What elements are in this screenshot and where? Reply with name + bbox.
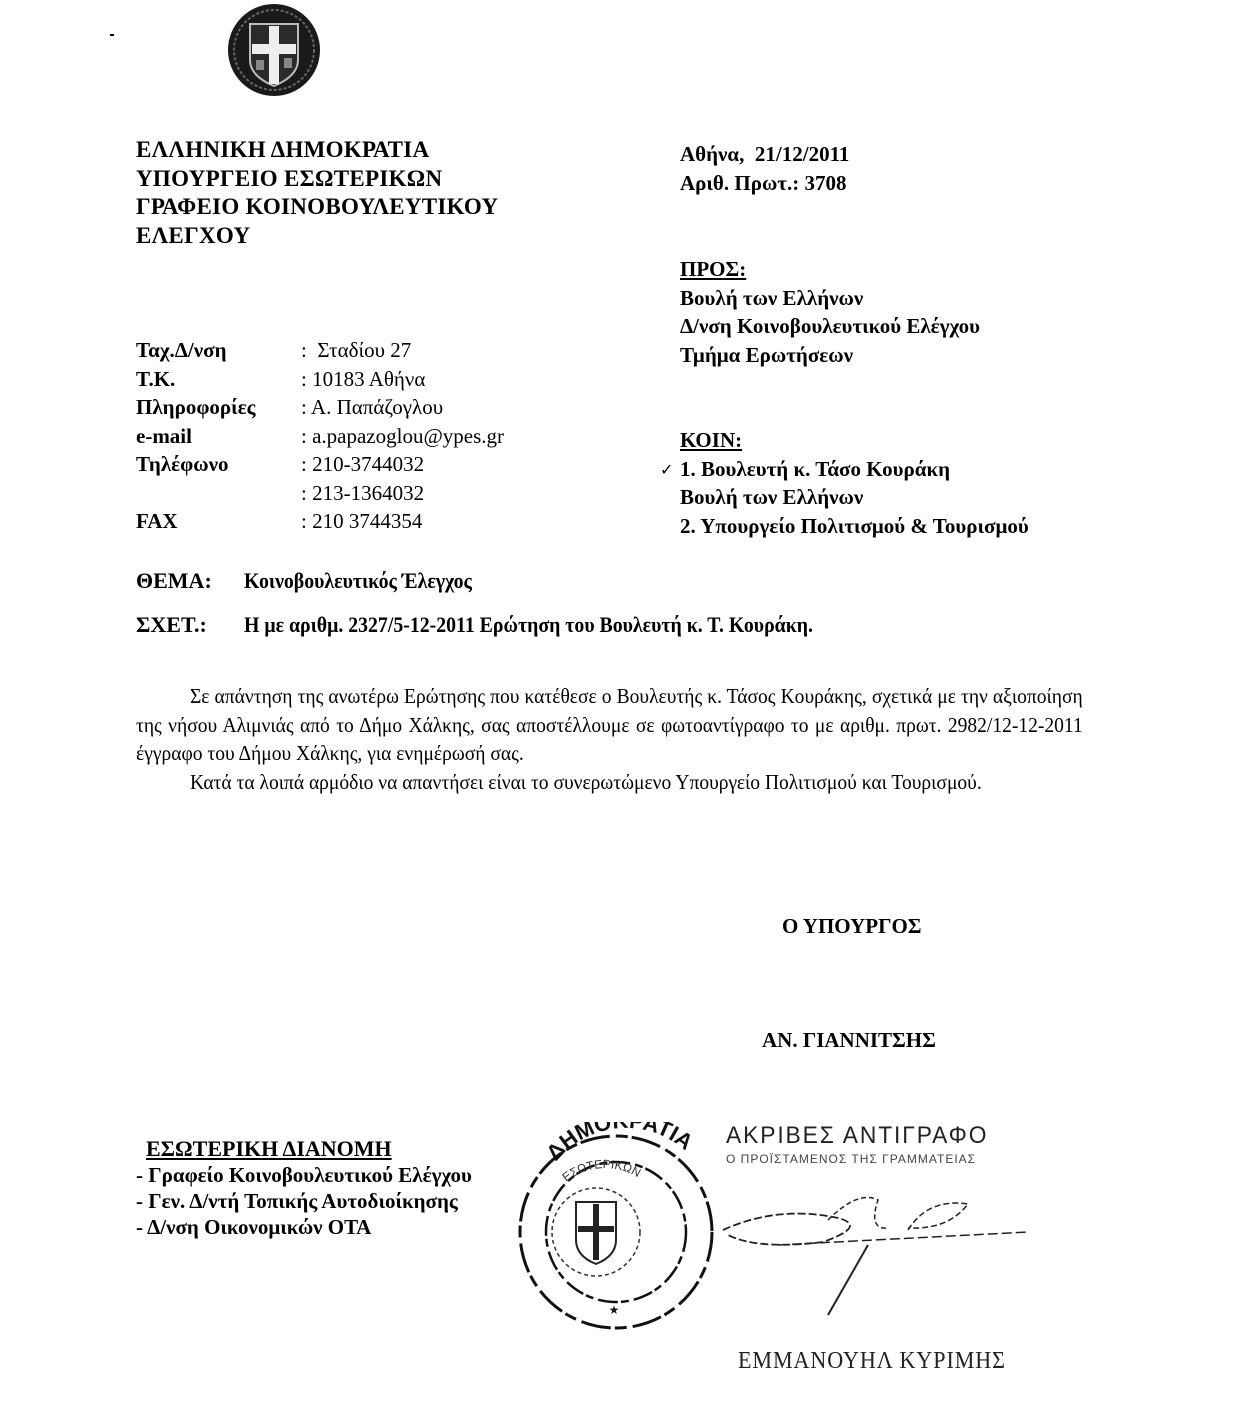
contact-label: Ταχ.Δ/νση: [136, 336, 301, 365]
svg-text:ΕΣΩΤΕΡΙΚΩΝ: ΕΣΩΤΕΡΙΚΩΝ: [560, 1157, 644, 1184]
subject-theme: ΘΕΜΑ: Κοινοβουλευτικός Έλεγχος: [136, 568, 497, 594]
internal-distribution: ΕΣΩΤΕΡΙΚΗ ΔΙΑΝΟΜΗ - Γραφείο Κοινοβουλευτ…: [136, 1136, 472, 1240]
contact-row-phone: Τηλέφωνο : 210-3744032: [136, 450, 504, 479]
contact-label: Τ.Κ.: [136, 365, 301, 394]
contact-row-phone-2: : 213-1364032: [136, 479, 504, 508]
greek-coat-of-arms-emblem: [226, 2, 322, 98]
distribution-title: ΕΣΩΤΕΡΙΚΗ ΔΙΑΝΟΜΗ: [136, 1136, 472, 1162]
stamp-signer-name: ΕΜΜΑΝΟΥΗΛ ΚΥΡΙΜΗΣ: [738, 1348, 1006, 1375]
to-line: Τμήμα Ερωτήσεων: [680, 341, 980, 370]
contact-label: FAX: [136, 507, 301, 536]
contact-email-link[interactable]: : a.papazoglou@ypes.gr: [301, 422, 504, 451]
distribution-item: - Γεν. Δ/ντή Τοπικής Αυτοδιοίκησης: [136, 1188, 472, 1214]
contact-label: [136, 479, 301, 508]
contact-value: : 213-1364032: [301, 479, 424, 508]
subject-reference: ΣΧΕΤ.: Η με αριθμ. 2327/5-12-2011 Ερώτησ…: [136, 612, 876, 638]
stamp-title: ΑΚΡΙΒΕΣ ΑΝΤΙΓΡΑΦΟ: [726, 1122, 1030, 1150]
cc-line: 2. Υπουργείο Πολιτισμού & Τουρισμού: [680, 512, 1029, 541]
contact-row-postcode: Τ.Κ. : 10183 Αθήνα: [136, 365, 504, 394]
letterhead-line: ΕΛΕΓΧΟΥ: [136, 222, 498, 251]
recipients-cc: ΚΟΙΝ: ✓ 1. Βουλευτή κ. Τάσο Κουράκη Βουλ…: [680, 426, 1029, 540]
to-line: Δ/νση Κοινοβουλευτικού Ελέγχου: [680, 312, 980, 341]
contact-value: : 210 3744354: [301, 507, 422, 536]
place-date: Αθήνα, 21/12/2011: [680, 140, 849, 169]
letterhead-line: ΥΠΟΥΡΓΕΙΟ ΕΣΩΤΕΡΙΚΩΝ: [136, 165, 498, 194]
check-mark-icon: ✓: [660, 457, 673, 486]
signature-name: ΑΝ. ΓΙΑΝΝΙΤΣΗΣ: [762, 1028, 936, 1053]
svg-text:★: ★: [609, 1303, 620, 1317]
handwritten-signature: [718, 1190, 1038, 1330]
letterhead-line: ΕΛΛΗΝΙΚΗ ΔΗΜΟΚΡΑΤΙΑ: [136, 136, 498, 165]
dateline: Αθήνα, 21/12/2011 Αριθ. Πρωτ.: 3708: [680, 140, 849, 197]
distribution-item: - Δ/νση Οικονομικών ΟΤΑ: [136, 1214, 472, 1240]
scan-mark: [110, 34, 114, 36]
contact-label: Τηλέφωνο: [136, 450, 301, 479]
contact-block: Ταχ.Δ/νση : Σταδίου 27 Τ.Κ. : 10183 Αθήν…: [136, 336, 504, 536]
stamp-subtitle: Ο ΠΡΟΪΣΤΑΜΕΝΟΣ ΤΗΣ ΓΡΑΜΜΑΤΕΙΑΣ: [726, 1152, 1046, 1166]
body-paragraph: Σε απάντηση της ανωτέρω Ερώτησης που κατ…: [136, 682, 1083, 768]
to-label: ΠΡΟΣ:: [680, 255, 980, 284]
cc-line: Βουλή των Ελλήνων: [680, 483, 1029, 512]
contact-row-info: Πληροφορίες : Α. Παπάζογλου: [136, 393, 504, 422]
cc-line-text: 1. Βουλευτή κ. Τάσο Κουράκη: [680, 457, 950, 481]
contact-row-fax: FAX : 210 3744354: [136, 507, 504, 536]
contact-label: e-mail: [136, 422, 301, 451]
contact-row-email: e-mail : a.papazoglou@ypes.gr: [136, 422, 504, 451]
cc-line: ✓ 1. Βουλευτή κ. Τάσο Κουράκη: [680, 455, 1029, 484]
body-paragraph: Κατά τα λοιπά αρμόδιο να απαντήσει είναι…: [136, 768, 1083, 797]
contact-value: : Α. Παπάζογλου: [301, 393, 443, 422]
to-line: Βουλή των Ελλήνων: [680, 284, 980, 313]
letter-body: Σε απάντηση της ανωτέρω Ερώτησης που κατ…: [136, 682, 1083, 796]
contact-row-address: Ταχ.Δ/νση : Σταδίου 27: [136, 336, 504, 365]
theme-label: ΘΕΜΑ:: [136, 568, 244, 594]
letterhead-line: ΓΡΑΦΕΙΟ ΚΟΙΝΟΒΟΥΛΕΥΤΙΚΟΥ: [136, 193, 498, 222]
theme-value: Κοινοβουλευτικός Έλεγχος: [244, 568, 472, 594]
contact-label: Πληροφορίες: [136, 393, 301, 422]
reference-value: Η με αριθμ. 2327/5-12-2011 Ερώτηση του Β…: [244, 612, 813, 638]
contact-value: : 210-3744032: [301, 450, 424, 479]
recipients-to: ΠΡΟΣ: Βουλή των Ελλήνων Δ/νση Κοινοβουλε…: [680, 255, 980, 369]
official-seal-stamp: ★ ΔΗΜΟΚΡΑΤΙΑ ΕΣΩΤΕΡΙΚΩΝ: [516, 1122, 716, 1332]
letterhead: ΕΛΛΗΝΙΚΗ ΔΗΜΟΚΡΑΤΙΑ ΥΠΟΥΡΓΕΙΟ ΕΣΩΤΕΡΙΚΩΝ…: [136, 136, 498, 250]
signature-title: Ο ΥΠΟΥΡΓΟΣ: [782, 914, 922, 939]
contact-value: : Σταδίου 27: [301, 336, 411, 365]
protocol-number: Αριθ. Πρωτ.: 3708: [680, 169, 849, 198]
reference-label: ΣΧΕΤ.:: [136, 612, 244, 638]
cc-label: ΚΟΙΝ:: [680, 426, 1029, 455]
contact-value: : 10183 Αθήνα: [301, 365, 425, 394]
seal-inner-text: ΕΣΩΤΕΡΙΚΩΝ: [560, 1157, 644, 1184]
distribution-item: - Γραφείο Κοινοβουλευτικού Ελέγχου: [136, 1162, 472, 1188]
certified-copy-stamp: ΑΚΡΙΒΕΣ ΑΝΤΙΓΡΑΦΟ Ο ΠΡΟΪΣΤΑΜΕΝΟΣ ΤΗΣ ΓΡΑ…: [726, 1122, 1046, 1166]
